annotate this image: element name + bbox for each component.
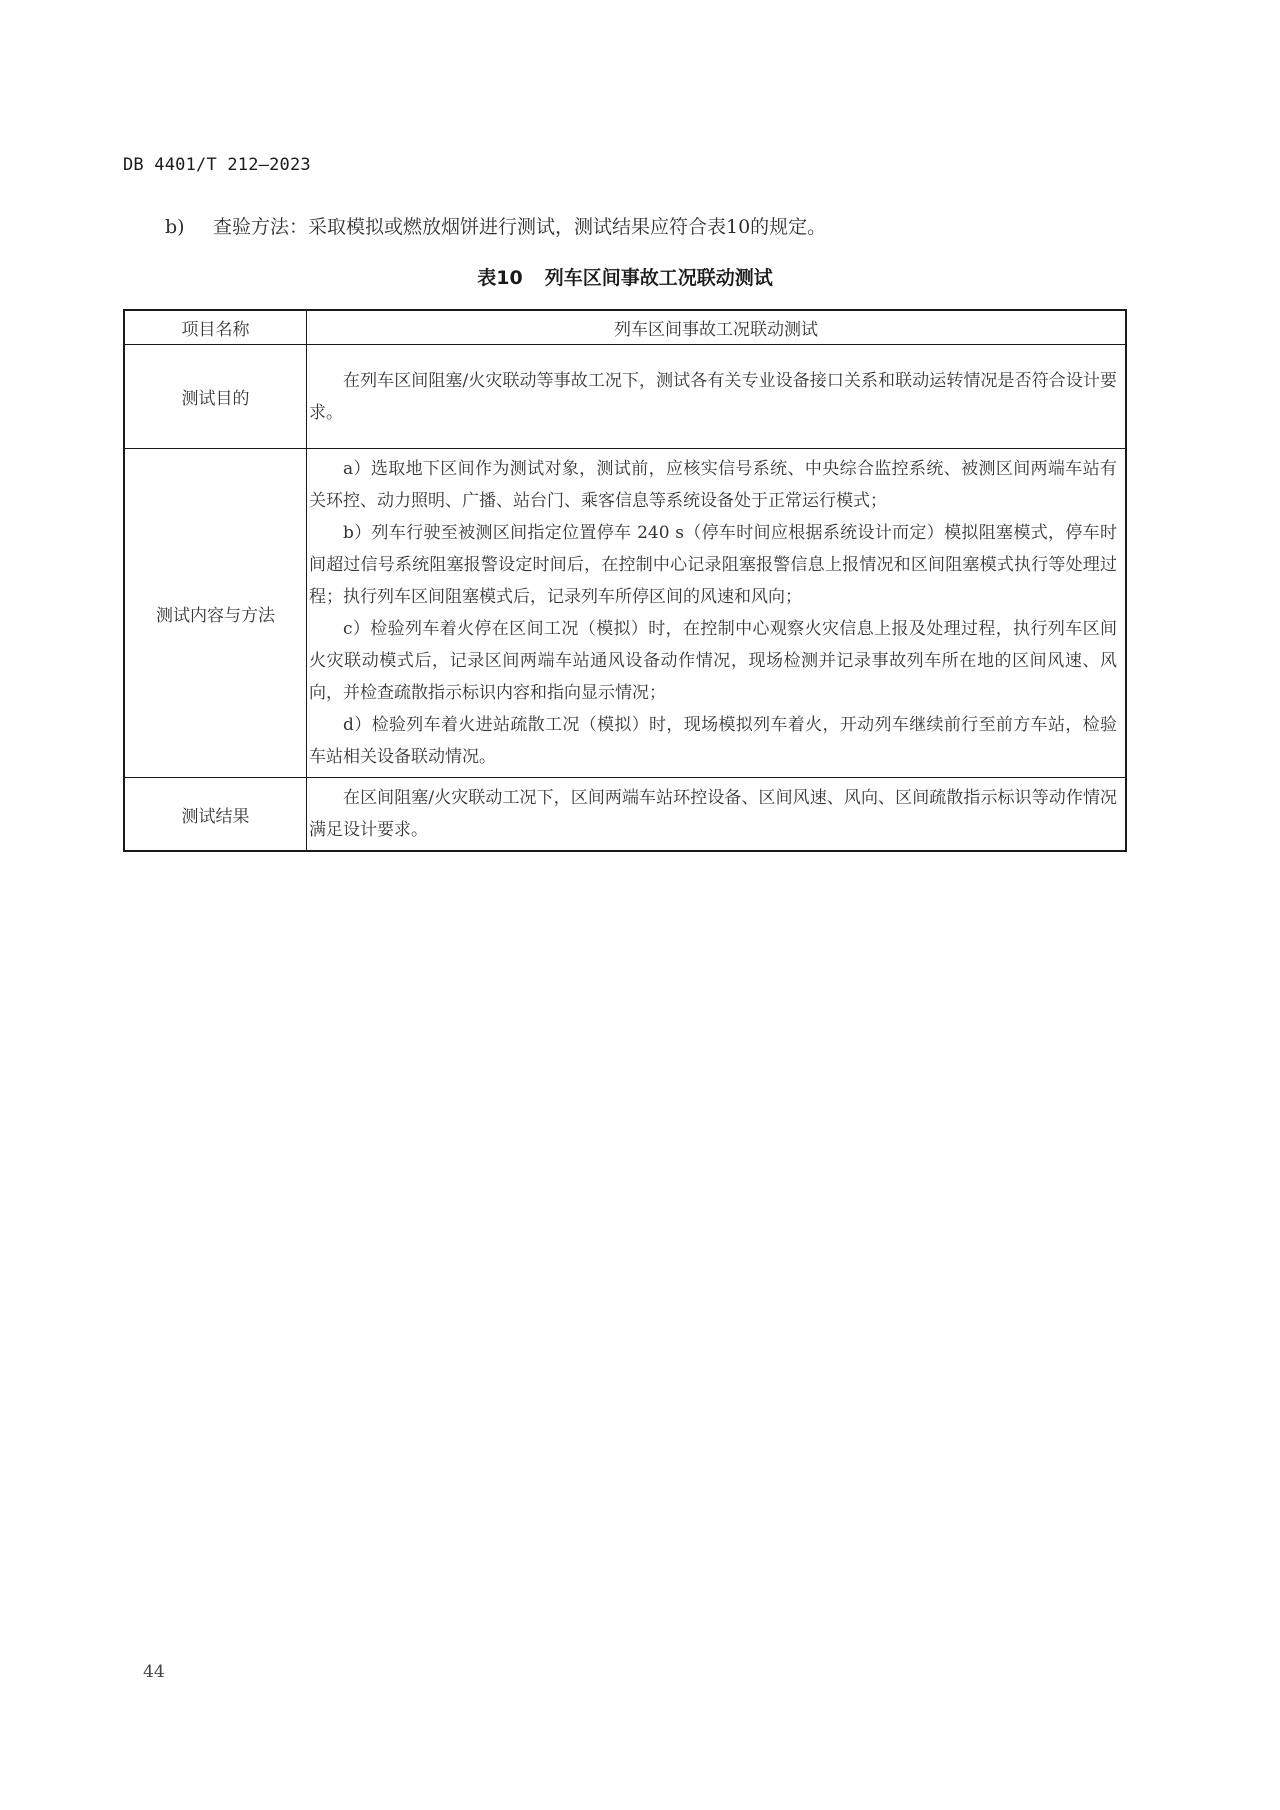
table-header-row: 项目名称 列车区间事故工况联动测试 bbox=[124, 310, 1126, 345]
content-paragraph-a: a）选取地下区间作为测试对象，测试前，应核实信号系统、中央综合监控系统、被测区间… bbox=[309, 453, 1117, 517]
table-row-purpose: 测试目的 在列车区间阻塞/火灾联动等事故工况下，测试各有关专业设备接口关系和联动… bbox=[124, 345, 1126, 449]
table-row-result: 测试结果 在区间阻塞/火灾联动工况下，区间两端车站环控设备、区间风速、风向、区间… bbox=[124, 778, 1126, 852]
list-marker: b) bbox=[165, 216, 213, 238]
table-title: 列车区间事故工况联动测试 bbox=[545, 267, 773, 289]
row-label: 测试内容与方法 bbox=[124, 449, 307, 778]
content-paragraph-d: d）检验列车着火进站疏散工况（模拟）时，现场模拟列车着火，开动列车继续前行至前方… bbox=[309, 709, 1117, 773]
row-label: 测试结果 bbox=[124, 778, 307, 852]
test-spec-table: 项目名称 列车区间事故工况联动测试 测试目的 在列车区间阻塞/火灾联动等事故工况… bbox=[123, 309, 1127, 852]
content-paragraph: 在列车区间阻塞/火灾联动等事故工况下，测试各有关专业设备接口关系和联动运转情况是… bbox=[309, 365, 1117, 429]
table-row-method: 测试内容与方法 a）选取地下区间作为测试对象，测试前，应核实信号系统、中央综合监… bbox=[124, 449, 1126, 778]
paragraph-text: 查验方法：采取模拟或燃放烟饼进行测试，测试结果应符合表10的规定。 bbox=[213, 216, 826, 238]
header-label-cell: 项目名称 bbox=[124, 310, 307, 345]
content-paragraph-b: b）列车行驶至被测区间指定位置停车 240 s（停车时间应根据系统设计而定）模拟… bbox=[309, 517, 1117, 613]
content-paragraph: 在区间阻塞/火灾联动工况下，区间两端车站环控设备、区间风速、风向、区间疏散指示标… bbox=[309, 782, 1117, 846]
standard-code: DB 4401/T 212—2023 bbox=[123, 155, 311, 175]
header-value-cell: 列车区间事故工况联动测试 bbox=[307, 310, 1127, 345]
table-caption: 表10列车区间事故工况联动测试 bbox=[0, 263, 1250, 290]
method-paragraph: b)查验方法：采取模拟或燃放烟饼进行测试，测试结果应符合表10的规定。 bbox=[165, 212, 826, 239]
row-content: a）选取地下区间作为测试对象，测试前，应核实信号系统、中央综合监控系统、被测区间… bbox=[307, 449, 1127, 778]
row-label: 测试目的 bbox=[124, 345, 307, 449]
content-paragraph-c: c）检验列车着火停在区间工况（模拟）时，在控制中心观察火灾信息上报及处理过程，执… bbox=[309, 613, 1117, 709]
page-number: 44 bbox=[143, 1662, 165, 1682]
row-content: 在列车区间阻塞/火灾联动等事故工况下，测试各有关专业设备接口关系和联动运转情况是… bbox=[307, 345, 1127, 449]
table-number: 表10 bbox=[477, 267, 522, 289]
row-content: 在区间阻塞/火灾联动工况下，区间两端车站环控设备、区间风速、风向、区间疏散指示标… bbox=[307, 778, 1127, 852]
